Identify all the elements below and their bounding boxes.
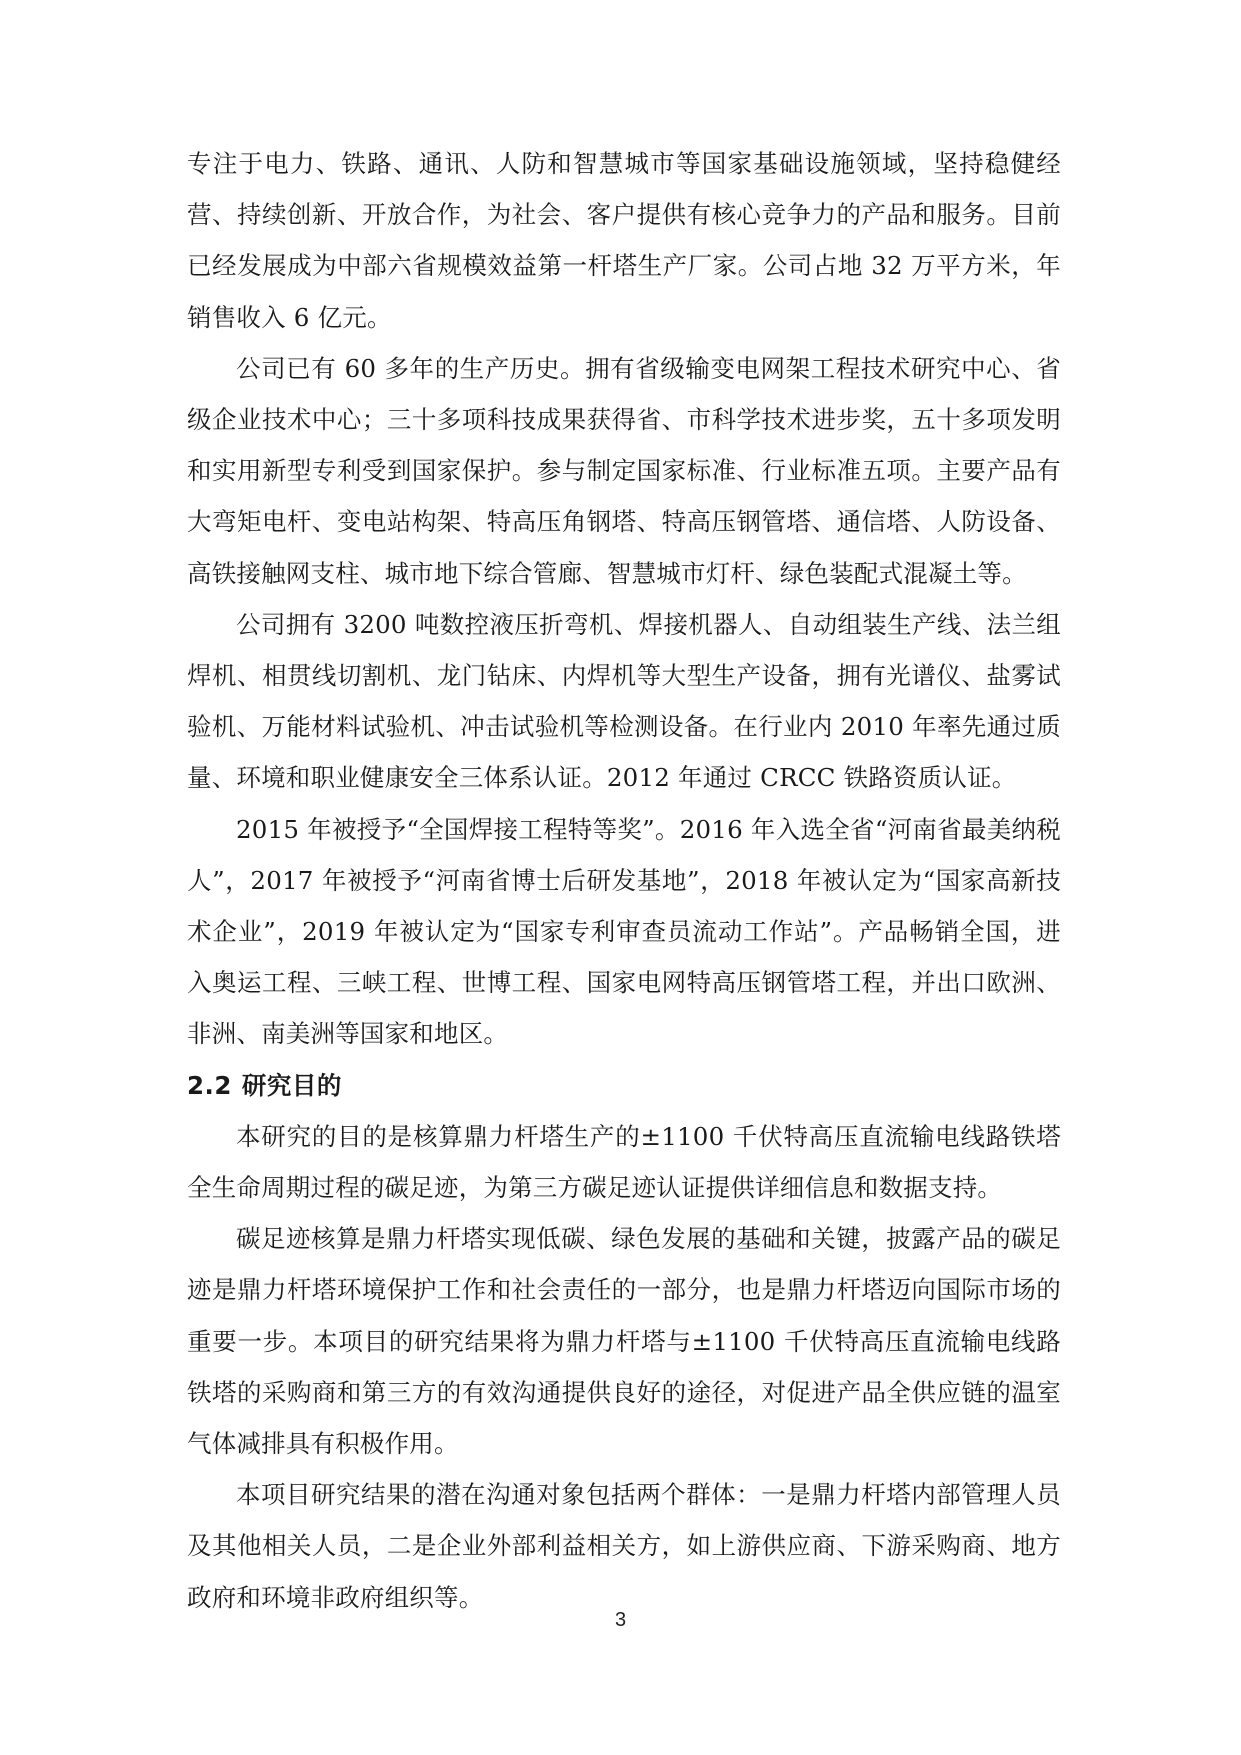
paragraph-company-overview: 专注于电力、铁路、通讯、人防和智慧城市等国家基础设施领域，坚持稳健经营、持续创新… [187, 138, 1061, 343]
paragraph-target-audience: 本项目研究结果的潜在沟通对象包括两个群体：一是鼎力杆塔内部管理人员及其他相关人员… [187, 1469, 1061, 1623]
section-title: 研究目的 [242, 1071, 342, 1100]
section-heading-research-purpose: 2.2研究目的 [187, 1060, 1061, 1111]
paragraph-company-equipment: 公司拥有 3200 吨数控液压折弯机、焊接机器人、自动组装生产线、法兰组焊机、相… [187, 599, 1061, 804]
paragraph-company-history: 公司已有 60 多年的生产历史。拥有省级输变电网架工程技术研究中心、省级企业技术… [187, 343, 1061, 599]
paragraph-company-awards: 2015 年被授予“全国焊接工程特等奖”。2016 年入选全省“河南省最美纳税人… [187, 804, 1061, 1060]
document-page-body: 专注于电力、铁路、通讯、人防和智慧城市等国家基础设施领域，坚持稳健经营、持续创新… [187, 138, 1061, 1623]
paragraph-carbon-footprint-importance: 碳足迹核算是鼎力杆塔实现低碳、绿色发展的基础和关键，披露产品的碳足迹是鼎力杆塔环… [187, 1213, 1061, 1469]
section-number: 2.2 [187, 1071, 232, 1100]
paragraph-research-goal: 本研究的目的是核算鼎力杆塔生产的±1100 千伏特高压直流输电线路铁塔全生命周期… [187, 1111, 1061, 1213]
page-number: 3 [0, 1609, 1241, 1632]
